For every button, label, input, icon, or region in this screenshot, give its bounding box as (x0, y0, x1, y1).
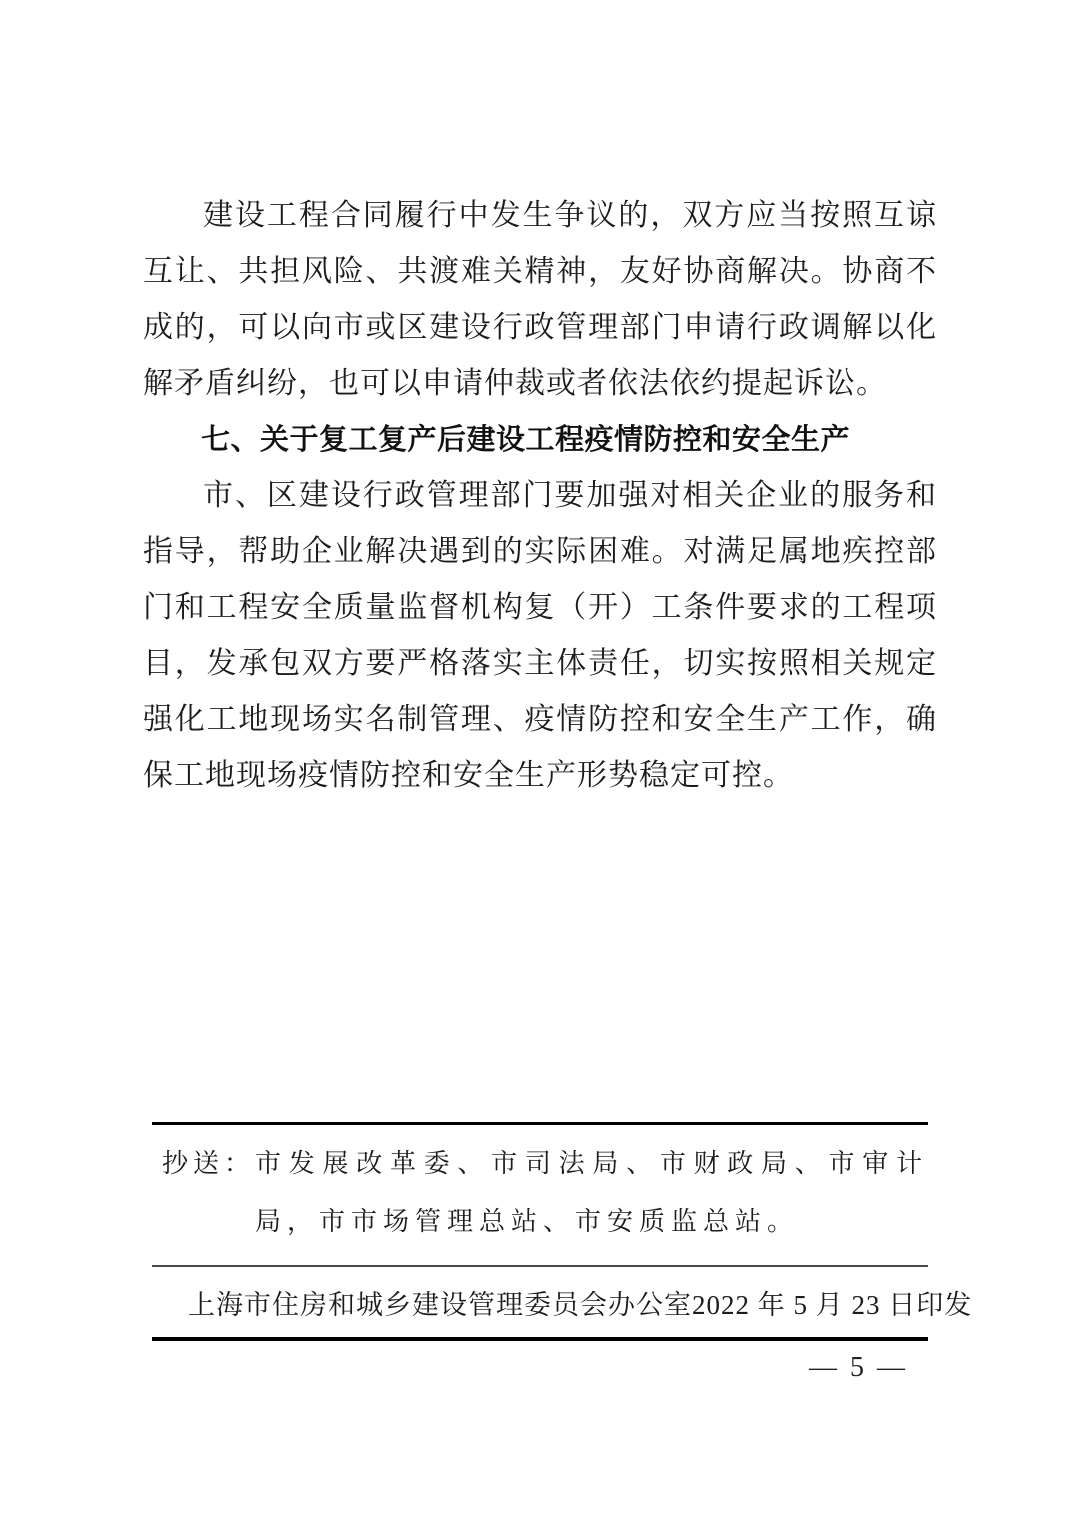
cc-section: 抄送： 市发展改革委、市司法局、市财政局、市审计局，市市场管理总站、市安质监总站… (152, 1122, 928, 1267)
print-date: 2022 年 5 月 23 日印发 (692, 1283, 972, 1322)
issuing-office: 上海市住房和城乡建设管理委员会办公室 (188, 1283, 692, 1322)
page-number: — 5 — (809, 1352, 908, 1384)
document-body: 建设工程合同履行中发生争议的，双方应当按照互谅互让、共担风险、共渡难关精神，友好… (143, 188, 937, 804)
paragraph-resumption-safety: 市、区建设行政管理部门要加强对相关企业的服务和指导，帮助企业解决遇到的实际困难。… (143, 468, 937, 804)
cc-label: 抄送： (162, 1135, 255, 1193)
issue-row: 上海市住房和城乡建设管理委员会办公室 2022 年 5 月 23 日印发 (152, 1267, 928, 1341)
paragraph-dispute-resolution: 建设工程合同履行中发生争议的，双方应当按照互谅互让、共担风险、共渡难关精神，友好… (143, 188, 937, 412)
section-7-heading: 七、关于复工复产后建设工程疫情防控和安全生产 (143, 412, 937, 468)
cc-recipients: 市发展改革委、市司法局、市财政局、市审计局，市市场管理总站、市安质监总站。 (255, 1135, 928, 1251)
document-footer: 抄送： 市发展改革委、市司法局、市财政局、市审计局，市市场管理总站、市安质监总站… (152, 1122, 928, 1341)
cc-row: 抄送： 市发展改革委、市司法局、市财政局、市审计局，市市场管理总站、市安质监总站… (162, 1135, 928, 1251)
document-page: 建设工程合同履行中发生争议的，双方应当按照互谅互让、共担风险、共渡难关精神，友好… (0, 0, 1080, 1527)
